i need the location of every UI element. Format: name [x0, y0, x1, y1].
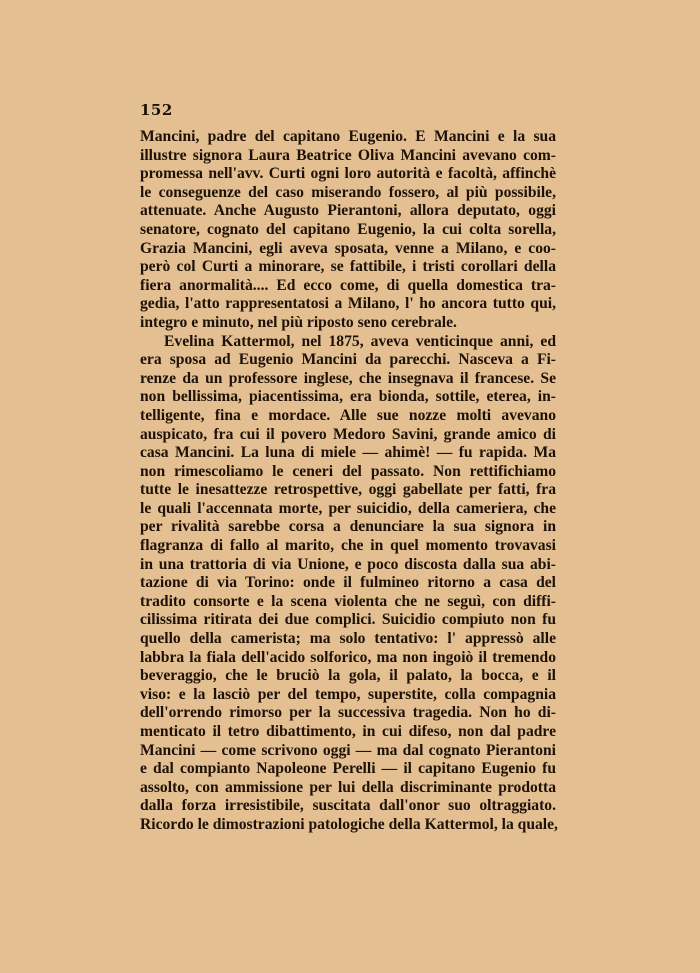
text-line: telligente, fina e mordace. Alle sue noz… [140, 407, 556, 426]
text-line: auspicato, fra cui il povero Medoro Savi… [140, 426, 556, 445]
text-line: tazione di via Torino: onde il fulmineo … [140, 574, 556, 593]
text-line: Evelina Kattermol, nel 1875, aveva venti… [140, 333, 556, 352]
text-line: le conseguenze del caso miserando fosser… [140, 184, 556, 203]
text-line: menticato il tetro dibattimento, in cui … [140, 723, 556, 742]
text-line: era sposa ad Eugenio Mancini da parecchi… [140, 351, 556, 370]
text-line: tutte le inesattezze retrospettive, oggi… [140, 481, 556, 500]
text-line: cilissima ritirata dei due complici. Sui… [140, 611, 556, 630]
text-line: viso: e la lasciò per del tempo, superst… [140, 686, 556, 705]
text-line: integro e minuto, nel più riposto seno c… [140, 314, 556, 333]
text-line: assolto, con ammissione per lui della di… [140, 779, 556, 798]
text-line: e dal compianto Napoleone Perelli — il c… [140, 760, 556, 779]
text-line: Grazia Mancini, egli aveva sposata, venn… [140, 240, 556, 259]
text-line: casa Mancini. La luna di miele — ahimè! … [140, 444, 556, 463]
text-line: non rimescoliamo le ceneri del passato. … [140, 463, 556, 482]
body-text: Mancini, padre del capitano Eugenio. E M… [140, 128, 556, 835]
text-line: Ricordo le dimostrazioni patologiche del… [140, 816, 556, 835]
text-line: attenuate. Anche Augusto Pierantoni, all… [140, 202, 556, 221]
text-line: per rivalità sarebbe corsa a denunciare … [140, 518, 556, 537]
text-line: beveraggio, che le bruciò la gola, il pa… [140, 667, 556, 686]
text-line: flagranza di fallo al marito, che in que… [140, 537, 556, 556]
text-line: le quali l'accennata morte, per suicidio… [140, 500, 556, 519]
text-line: labbra la fiala dell'acido solforico, ma… [140, 649, 556, 668]
page-number: 152 [140, 101, 173, 119]
text-line: in una trattoria di via Unione, e poco d… [140, 556, 556, 575]
text-line: fiera anormalità.... Ed ecco come, di qu… [140, 277, 556, 296]
paragraph-1: Mancini, padre del capitano Eugenio. E M… [140, 128, 556, 333]
text-line: promessa nell'avv. Curti ogni loro autor… [140, 165, 556, 184]
text-line: però col Curti a minorare, se fattibile,… [140, 258, 556, 277]
text-line: senatore, cognato del capitano Eugenio, … [140, 221, 556, 240]
text-line: dell'orrendo rimorso per la successiva t… [140, 704, 556, 723]
book-page: 152 Mancini, padre del capitano Eugenio.… [0, 0, 700, 973]
text-line: illustre signora Laura Beatrice Oliva Ma… [140, 147, 556, 166]
text-line: Mancini — come scrivono oggi — ma dal co… [140, 742, 556, 761]
paragraph-2: Evelina Kattermol, nel 1875, aveva venti… [140, 333, 556, 835]
text-line: renze da un professore inglese, che inse… [140, 370, 556, 389]
text-line: gedia, l'atto rappresentatosi a Milano, … [140, 295, 556, 314]
text-line: dalla forza irresistibile, suscitata dal… [140, 797, 556, 816]
text-line: non bellissima, piacentissima, era biond… [140, 388, 556, 407]
text-line: Mancini, padre del capitano Eugenio. E M… [140, 128, 556, 147]
text-line: tradito consorte e la scena violenta che… [140, 593, 556, 612]
text-line: quello della camerista; ma solo tentativ… [140, 630, 556, 649]
